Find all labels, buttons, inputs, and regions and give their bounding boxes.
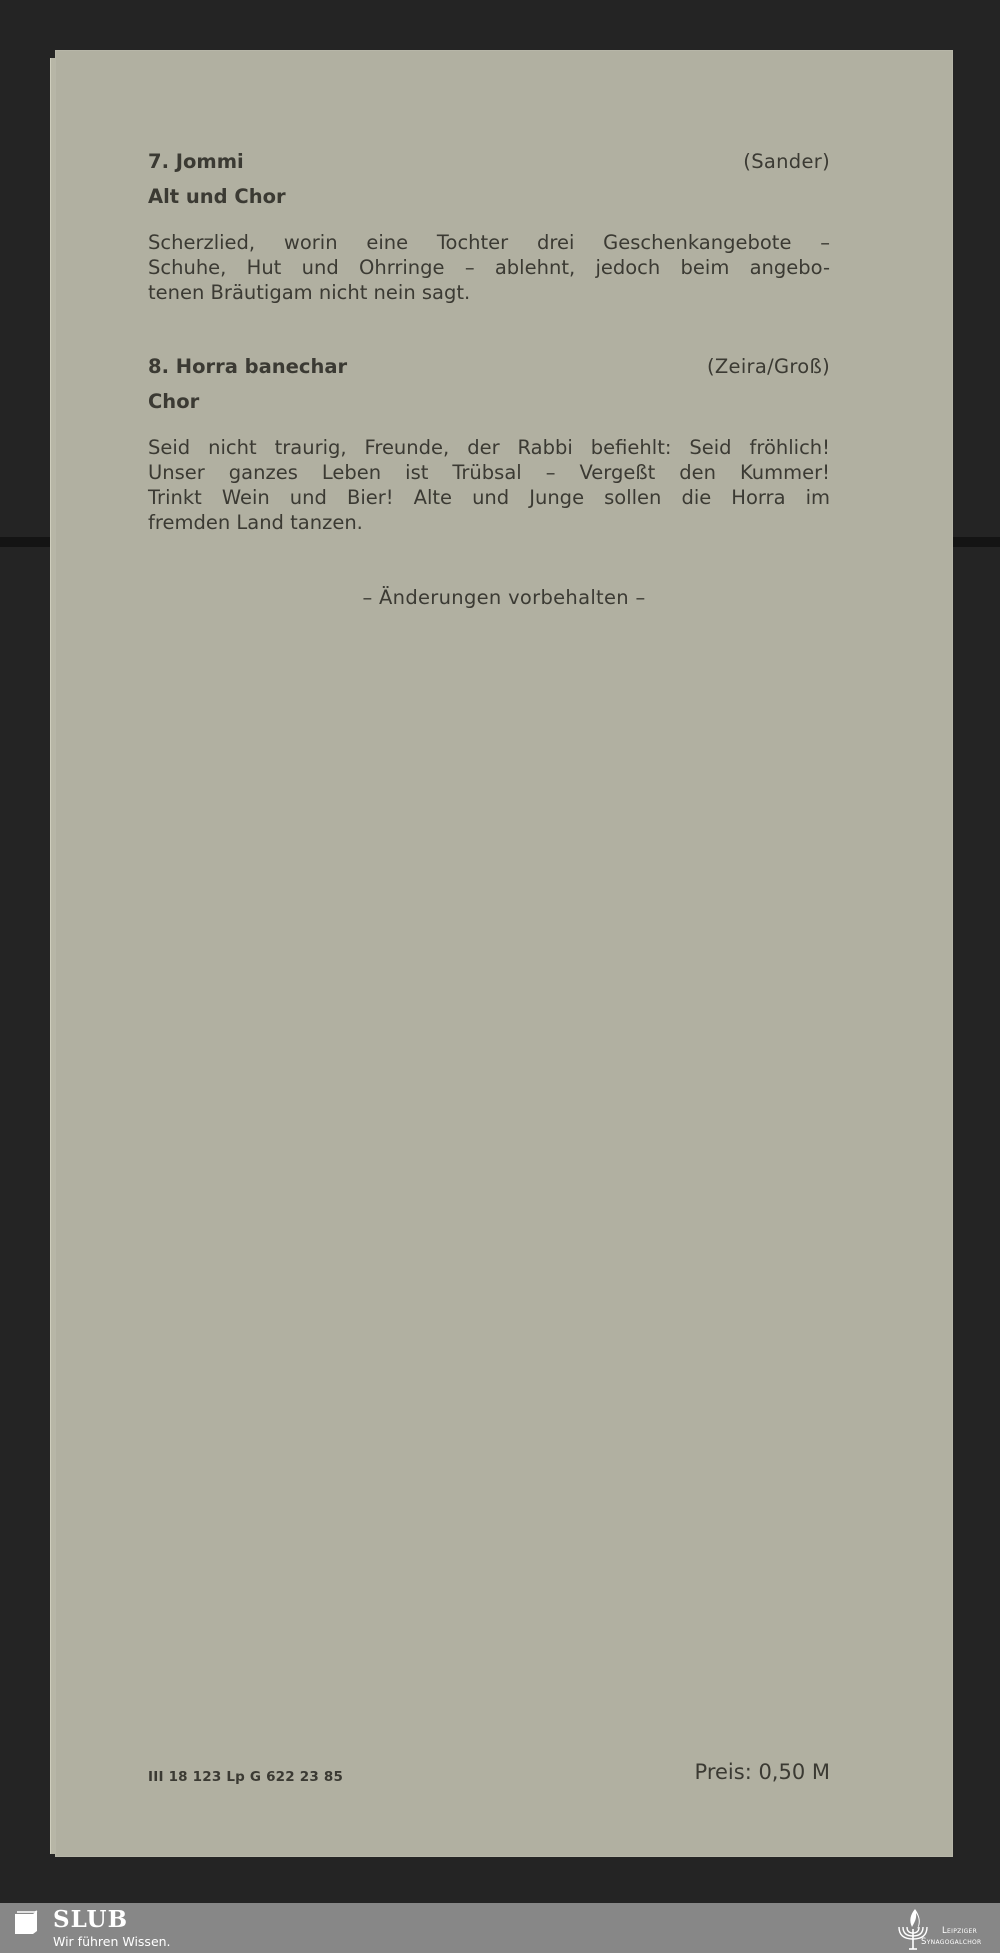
price-label: Preis: 0,50 M [695, 1760, 830, 1784]
brand-line-2: Synagogalchor [921, 1937, 982, 1948]
description-line: Trinkt Wein und Bier! Alte und Junge sol… [148, 485, 830, 510]
description-line: Scherzlied, worin eine Tochter drei Gesc… [148, 230, 830, 255]
program-page: 7. Jommi (Sander) Alt und Chor Scherzlie… [55, 50, 953, 1857]
item-composer: (Sander) [743, 150, 830, 173]
item-composer: (Zeira/Groß) [707, 355, 830, 378]
description-line: fremden Land tanzen. [148, 510, 830, 535]
viewer-footer-bar: SLUB Wir führen Wissen. Leipziger Synago… [0, 1903, 1000, 1953]
item-description: Scherzlied, worin eine Tochter drei Gesc… [148, 230, 830, 305]
slub-brand[interactable]: SLUB [53, 1906, 128, 1933]
print-license-code: III 18 123 Lp G 622 23 85 [148, 1769, 343, 1785]
slub-tagline: Wir führen Wissen. [53, 1934, 171, 1949]
program-item-8: 8. Horra banechar (Zeira/Groß) Chor Seid… [148, 355, 830, 535]
description-line: Seid nicht traurig, Freunde, der Rabbi b… [148, 435, 830, 460]
changes-reserved-notice: – Änderungen vorbehalten – [55, 586, 953, 609]
item-description: Seid nicht traurig, Freunde, der Rabbi b… [148, 435, 830, 535]
item-voices: Chor [148, 390, 830, 413]
item-voices: Alt und Chor [148, 185, 830, 208]
item-heading: 8. Horra banechar (Zeira/Groß) [148, 355, 830, 378]
program-item-7: 7. Jommi (Sander) Alt und Chor Scherzlie… [148, 150, 830, 305]
leipziger-synagogalchor-brand[interactable]: Leipziger Synagogalchor [921, 1926, 982, 1948]
description-line: tenen Bräutigam nicht nein sagt. [148, 280, 830, 305]
item-title: 7. Jommi [148, 150, 244, 173]
description-line: Unser ganzes Leben ist Trübsal – Vergeßt… [148, 460, 830, 485]
brand-line-1: Leipziger [921, 1926, 982, 1937]
item-title: 8. Horra banechar [148, 355, 347, 378]
description-line: Schuhe, Hut und Ohrringe – ablehnt, jedo… [148, 255, 830, 280]
item-heading: 7. Jommi (Sander) [148, 150, 830, 173]
book-icon [13, 1908, 41, 1936]
